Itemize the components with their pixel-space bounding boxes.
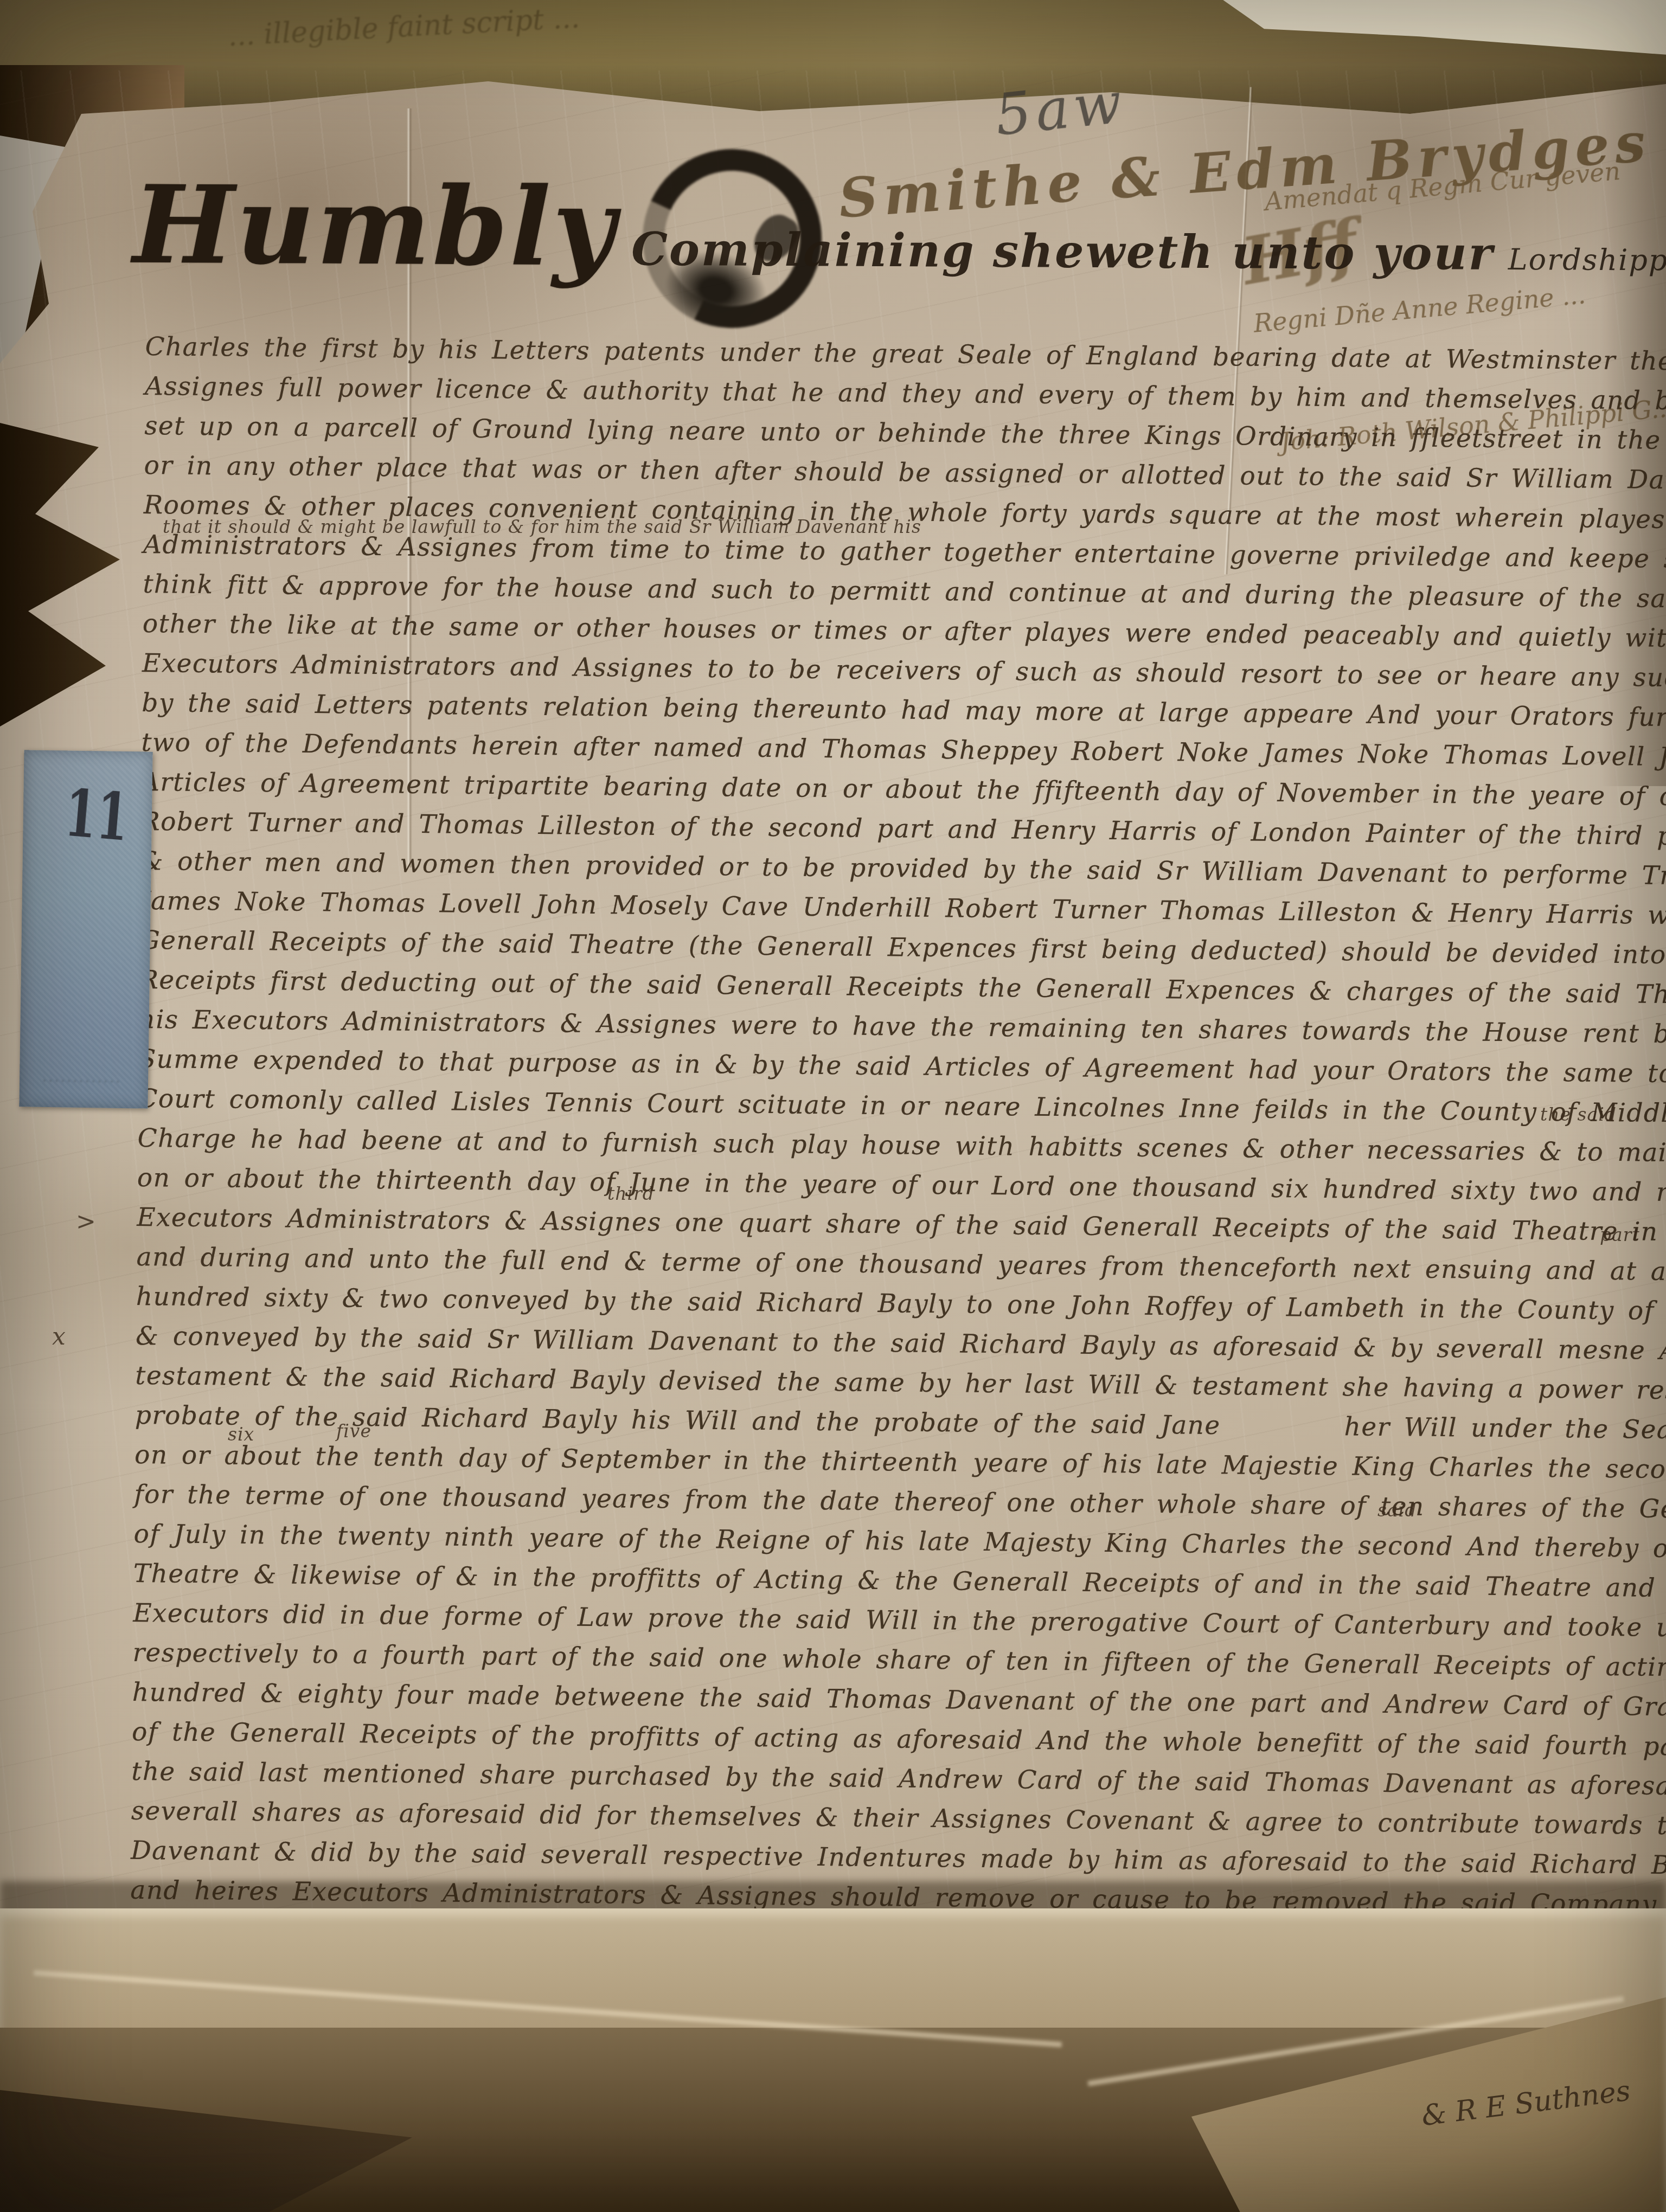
bill-body-text: Charles the first by his Letters patents… [128,332,1666,2130]
blue-archival-label: 11 ............. [19,750,152,1108]
opening-medium-words: Complaining sheweth unto your [631,222,1494,280]
label-number: 11 [62,775,131,856]
opening-large-word: Humbly [132,162,617,291]
interlineation: said [1377,1500,1417,1521]
interlineation: part [1600,1224,1640,1245]
manuscript-photo: ... illegible faint script ... 5aw Smith… [0,0,1666,2212]
interlineation: five [336,1420,371,1442]
interlineation: six [228,1424,254,1445]
label-faint-print: ............. [25,1069,139,1086]
interlineation: that it should & might be lawfull to & f… [163,516,921,537]
opening-line: Humbly Complaining sheweth unto your Lor… [132,162,1666,301]
body-line-list: Charles the first by his Letters patents… [128,332,1666,2130]
margin-mark: > [76,1208,96,1236]
margin-mark: x [52,1323,66,1351]
pencil-shelfmark: 5aw [992,69,1129,149]
interlineation: the said [1540,1104,1617,1125]
opening-continuation: Lordshipp your Orators Sr Edward Smith o… [1508,242,1666,282]
interlineation: third [607,1183,655,1204]
